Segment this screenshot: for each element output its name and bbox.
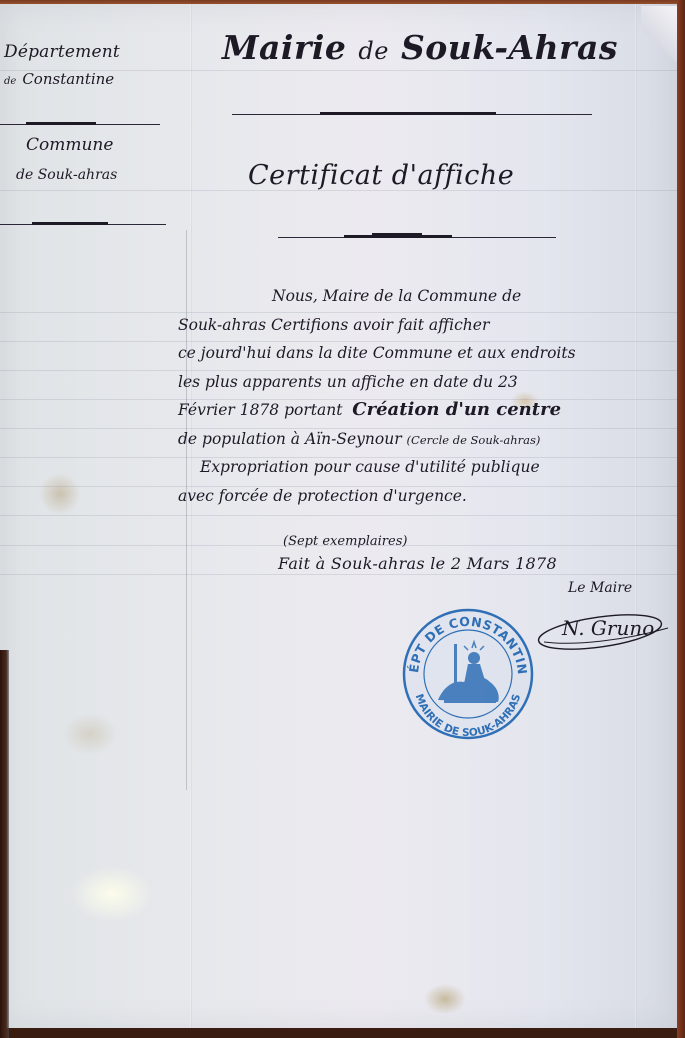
title-town: Souk-Ahras xyxy=(401,28,618,67)
header-divider xyxy=(0,124,160,125)
body-line: Expropriation pour cause d'utilité publi… xyxy=(178,453,678,482)
certificate-subtitle: Certificat d'affiche xyxy=(248,160,568,191)
title-mairie: Mairie xyxy=(222,28,346,67)
department-prefix: de xyxy=(4,76,16,87)
seal-stamp-icon: DÉPT DE CONSTANTINE MAIRIE DE SOUK-AHRAS xyxy=(398,604,538,744)
commune-name: de Souk-ahras xyxy=(16,167,172,183)
body-line: Nous, Maire de la Commune de xyxy=(178,282,678,311)
folded-corner xyxy=(641,6,677,64)
header-divider xyxy=(0,224,166,225)
department-block: Département deConstantine xyxy=(4,42,174,88)
closing-line: Fait à Souk-ahras le 2 Mars 1878 xyxy=(278,554,557,573)
page-title: Mairie de Souk-Ahras xyxy=(222,28,622,67)
body-line: les plus apparents un affiche en date du… xyxy=(178,368,678,397)
signature-name: N. Gruno xyxy=(562,616,654,640)
frame-right-edge xyxy=(677,0,685,1038)
signatory-title: Le Maire xyxy=(568,580,632,596)
body-line-emphasis: Création d'un centre xyxy=(352,399,561,420)
frame-left-edge xyxy=(0,650,9,1038)
ruled-line xyxy=(0,574,677,575)
body-line: Souk-ahras Certifions avoir fait affiche… xyxy=(178,311,678,340)
body-line: de population à Aïn-Seynour (Cercle de S… xyxy=(178,425,678,454)
department-label: Département xyxy=(4,42,174,62)
body-line: Février 1878 portant Création d'un centr… xyxy=(178,396,678,425)
commune-label: Commune xyxy=(26,135,172,155)
body-line-aside: (Cercle de Souk-ahras) xyxy=(407,433,541,447)
commune-block: Commune de Souk-ahras xyxy=(22,135,172,183)
copies-note: (Sept exemplaires) xyxy=(283,534,407,549)
body-line: ce jourd'hui dans la dite Commune et aux… xyxy=(178,339,678,368)
body-line-part: de population à Aïn-Seynour xyxy=(178,430,402,448)
body-line: avec forcée de protection d'urgence. xyxy=(178,482,678,511)
title-divider xyxy=(232,114,592,115)
mayor-signature: N. Gruno xyxy=(536,606,670,652)
title-de: de xyxy=(358,37,389,65)
official-seal: DÉPT DE CONSTANTINE MAIRIE DE SOUK-AHRAS xyxy=(398,604,538,744)
ruled-line xyxy=(0,515,677,516)
body-line-part: Février 1878 portant xyxy=(178,401,342,419)
department-value: Constantine xyxy=(22,70,114,88)
department-name: deConstantine xyxy=(4,70,174,88)
certificate-body: Nous, Maire de la Commune de Souk-ahras … xyxy=(178,282,678,510)
paper-fold-line xyxy=(635,4,637,1028)
subtitle-divider xyxy=(278,237,556,238)
paper-fold-line xyxy=(190,4,192,1028)
